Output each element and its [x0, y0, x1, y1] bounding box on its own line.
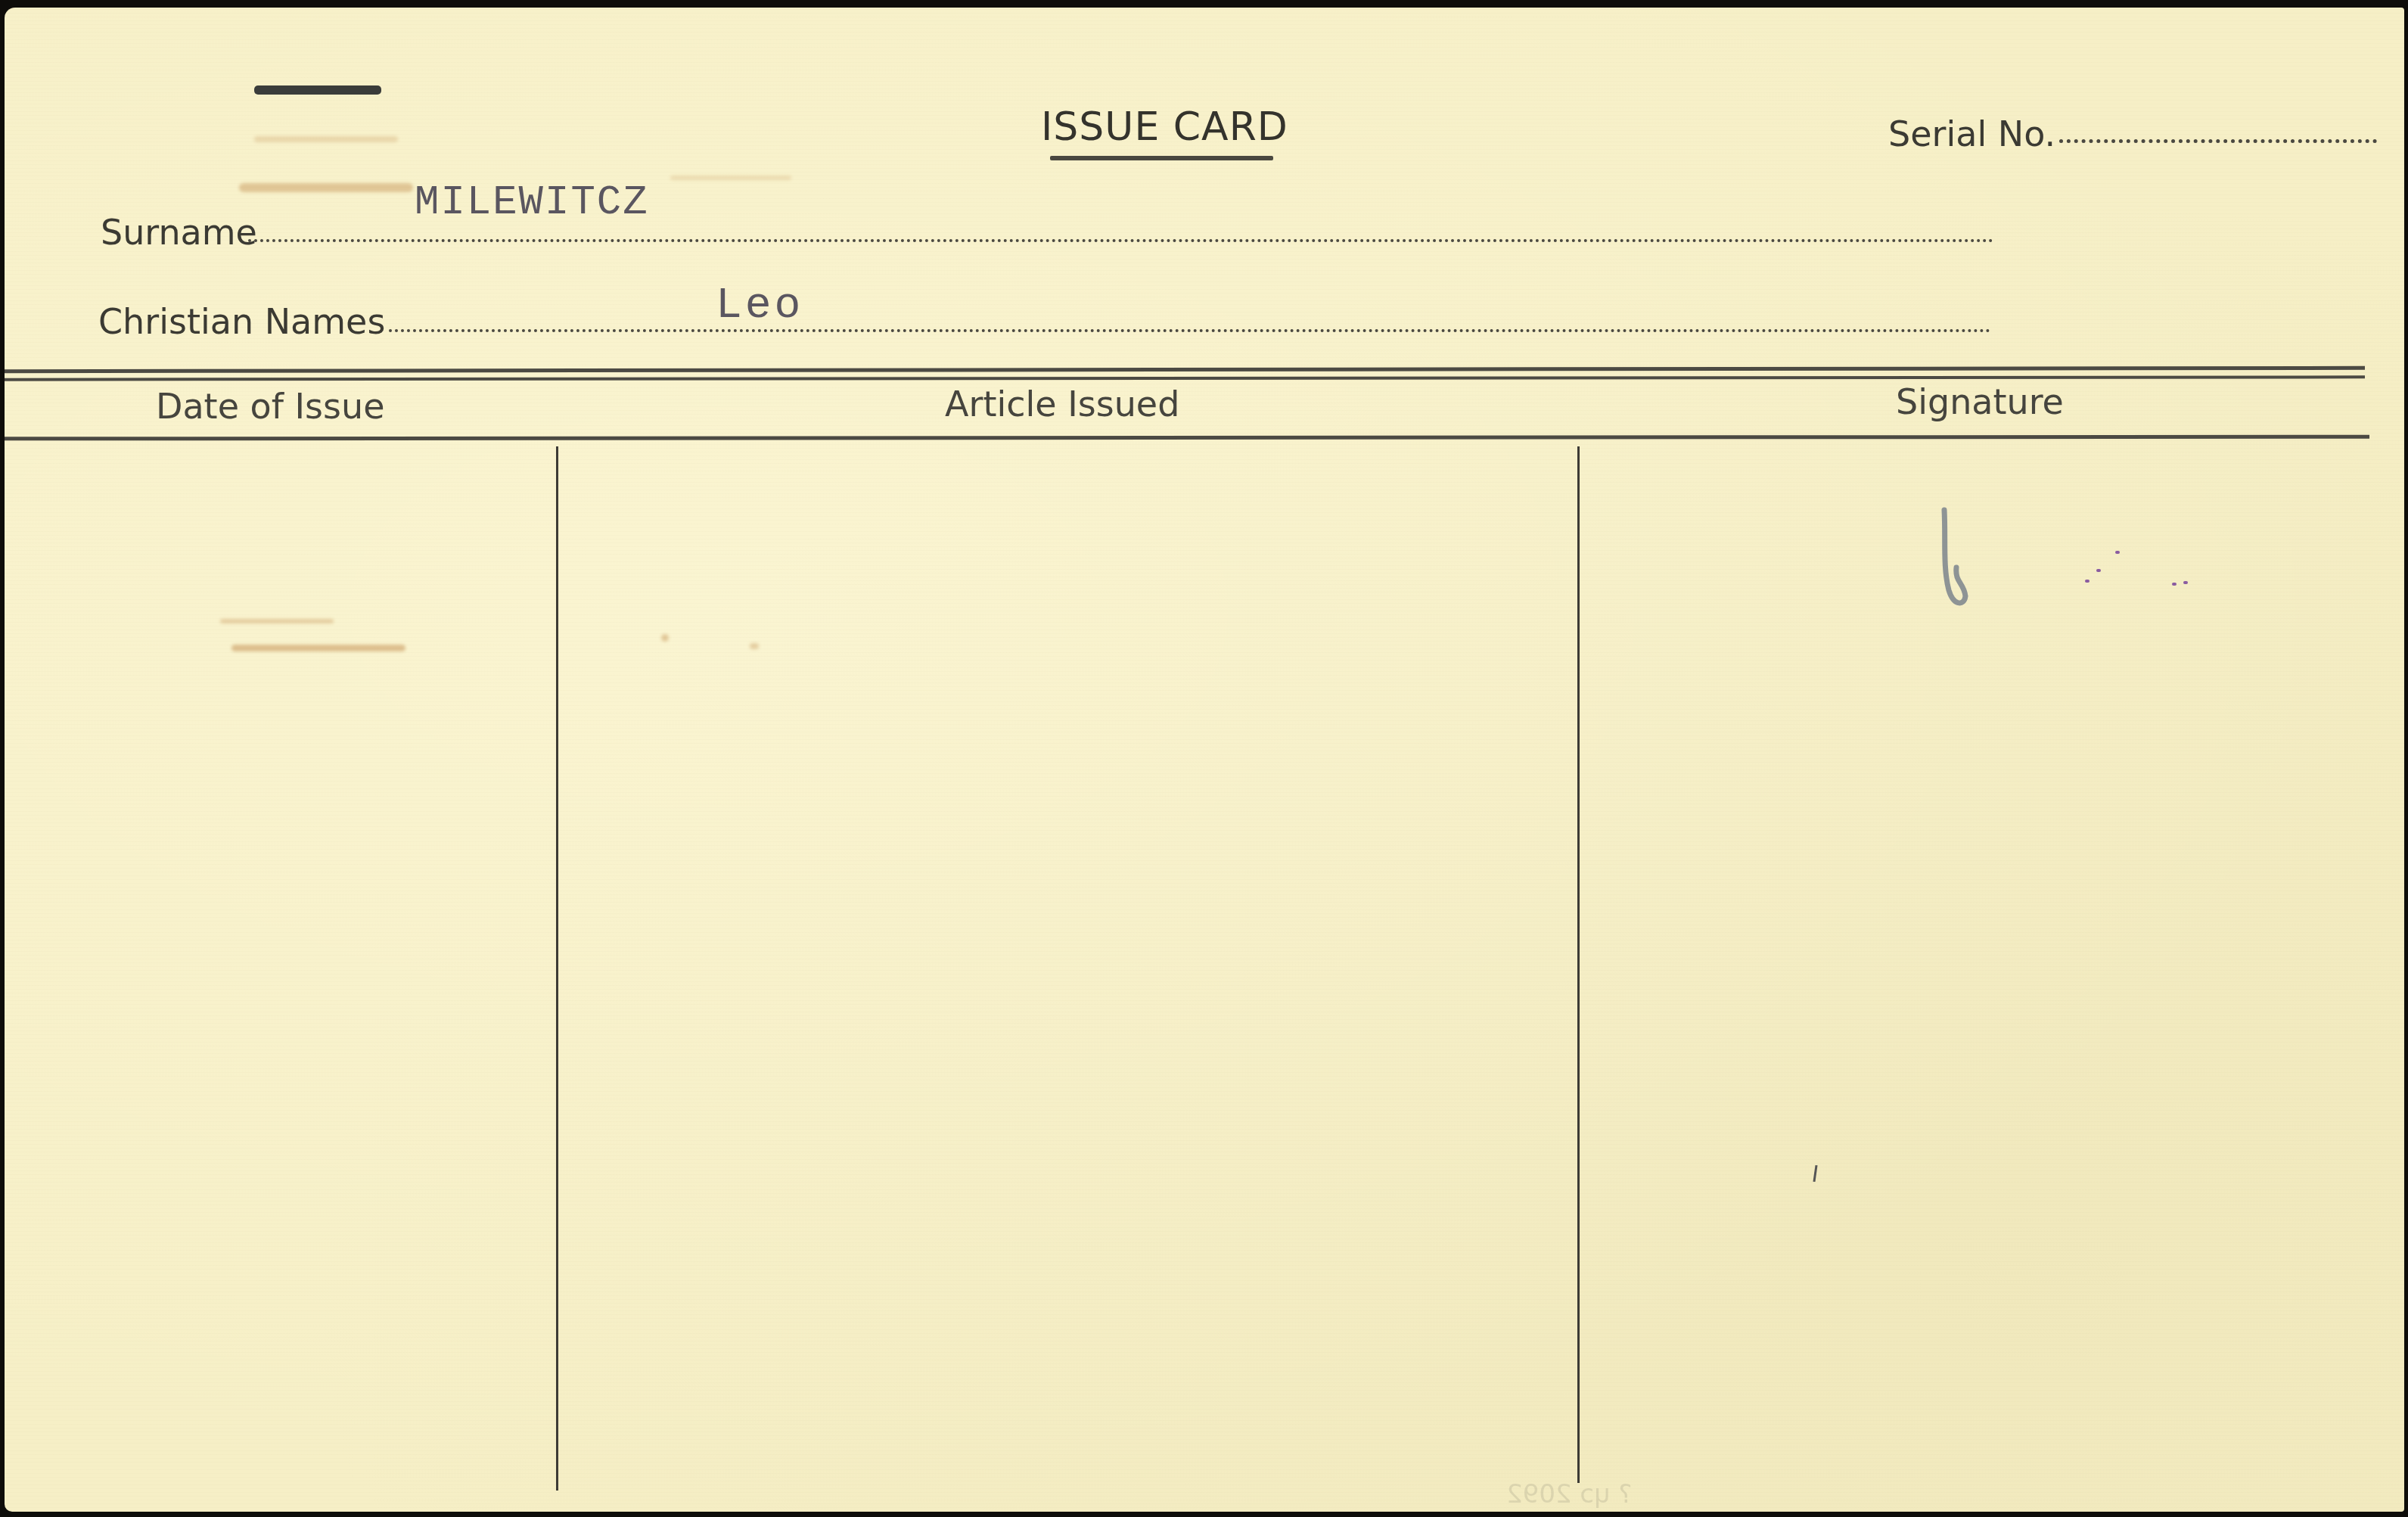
column-header-signature: Signature [1896, 381, 2064, 422]
rust-stain [220, 619, 334, 623]
article-issued-column[interactable] [558, 446, 1577, 1491]
date-of-issue-column[interactable] [5, 446, 556, 1491]
christian-names-label: Christian Names [98, 301, 385, 342]
column-header-article-issued: Article Issued [945, 384, 1179, 424]
card-title: ISSUE CARD [1041, 104, 1288, 150]
christian-names-field-line [389, 329, 1991, 332]
header-bottom-rule [5, 435, 2369, 441]
rust-stain [254, 136, 398, 142]
rust-stain [670, 176, 791, 180]
rust-stain [239, 183, 413, 192]
paperclip-mark [254, 85, 381, 95]
ink-smudge-mark [1941, 507, 1968, 613]
ink-speck [2172, 583, 2177, 586]
surname-label: Surname [101, 212, 257, 253]
serial-no-field[interactable] [2059, 139, 2377, 143]
ink-speck [2096, 569, 2101, 572]
signature-column[interactable] [1580, 446, 2366, 1483]
christian-names-value[interactable]: Leo [716, 281, 803, 331]
issue-card: ISSUE CARD Serial No. Surname MILEWITCZ … [5, 8, 2404, 1512]
rust-stain [661, 634, 669, 642]
column-header-date-of-issue: Date of Issue [156, 386, 384, 427]
header-top-rule [5, 366, 2365, 373]
serial-no-label: Serial No. [1888, 113, 2055, 154]
header-top-rule-2 [5, 375, 2365, 381]
ink-speck [2085, 580, 2090, 583]
title-underline [1050, 156, 1273, 160]
ink-speck [2115, 551, 2120, 554]
rust-stain [231, 645, 405, 651]
surname-value[interactable]: MILEWITCZ [415, 180, 649, 226]
ink-speck [2183, 581, 2188, 584]
surname-field-line [248, 239, 1994, 242]
rust-stain [750, 643, 759, 649]
faint-bleedthrough-stamp: ? ɥɔ 2092 [1506, 1479, 1632, 1509]
